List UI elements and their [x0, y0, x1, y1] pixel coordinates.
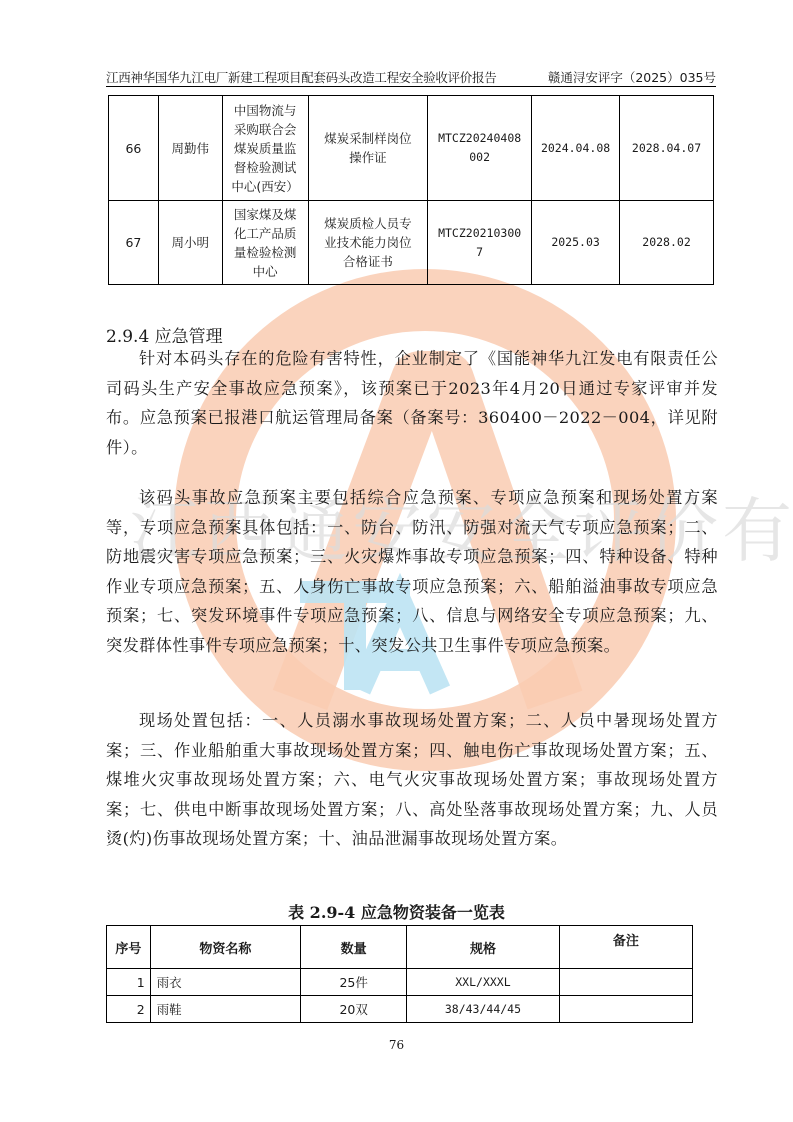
- issuer: 国家煤及煤 化工产品质 量检验检测 中心: [222, 201, 308, 285]
- document-page: 江西神华国华九江电厂新建工程项目配套码头改造工程安全验收评价报告 赣通浔安评字（…: [0, 0, 793, 1122]
- page-header: 江西神华国华九江电厂新建工程项目配套码头改造工程安全验收评价报告 赣通浔安评字（…: [106, 66, 716, 87]
- issue-date: 2024.04.08: [532, 96, 620, 201]
- item-name: 雨衣: [150, 969, 301, 996]
- table-caption: 表 2.9-4 应急物资装备一览表: [0, 900, 793, 923]
- header-no: 序号: [107, 926, 151, 969]
- header-qty: 数量: [301, 926, 407, 969]
- header-spec: 规格: [407, 926, 560, 969]
- item-spec: 38/43/44/45: [407, 996, 560, 1023]
- table-row: 66 周勤伟 中国物流与 采购联合会 煤炭质量监 督检验测试 中心(西安） 煤炭…: [109, 96, 714, 201]
- item-remark: [559, 969, 692, 996]
- certificate-table: 66 周勤伟 中国物流与 采购联合会 煤炭质量监 督检验测试 中心(西安） 煤炭…: [108, 95, 714, 285]
- table-row: 67 周小明 国家煤及煤 化工产品质 量检验检测 中心 煤炭质检人员专 业技术能…: [109, 201, 714, 285]
- paragraph-special-plans: 该码头事故应急预案主要包括综合应急预案、专项应急预案和现场处置方案等，专项应急预…: [106, 483, 718, 660]
- row-number: 67: [109, 201, 159, 285]
- item-remark: [559, 996, 692, 1023]
- page-number: 76: [0, 1038, 793, 1052]
- item-spec: XXL/XXXL: [407, 969, 560, 996]
- expiry-date: 2028.02: [620, 201, 714, 285]
- report-title: 江西神华国华九江电厂新建工程项目配套码头改造工程安全验收评价报告: [106, 68, 496, 86]
- row-number: 2: [107, 996, 151, 1023]
- table-header-row: 序号 物资名称 数量 规格 备注: [107, 926, 693, 969]
- certificate-number: MTCZ20210300 7: [428, 201, 532, 285]
- issuer: 中国物流与 采购联合会 煤炭质量监 督检验测试 中心(西安）: [222, 96, 308, 201]
- expiry-date: 2028.04.07: [620, 96, 714, 201]
- person-name: 周勤伟: [158, 96, 222, 201]
- table-row: 1 雨衣 25件 XXL/XXXL: [107, 969, 693, 996]
- person-name: 周小明: [158, 201, 222, 285]
- report-code: 赣通浔安评字（2025）035号: [548, 68, 716, 86]
- item-name: 雨鞋: [150, 996, 301, 1023]
- header-remark: 备注: [559, 926, 692, 969]
- row-number: 1: [107, 969, 151, 996]
- paragraph-onsite-plans: 现场处置包括：一、人员溺水事故现场处置方案；二、人员中暑现场处置方案；三、作业船…: [106, 706, 718, 854]
- paragraph-emergency-plan: 针对本码头存在的危险有害特性，企业制定了《国能神华九江发电有限责任公司码头生产安…: [106, 344, 718, 462]
- item-qty: 20双: [301, 996, 407, 1023]
- issue-date: 2025.03: [532, 201, 620, 285]
- header-name: 物资名称: [150, 926, 301, 969]
- item-qty: 25件: [301, 969, 407, 996]
- certificate-name: 煤炭采制样岗位 操作证: [308, 96, 428, 201]
- emergency-supplies-table: 序号 物资名称 数量 规格 备注 1 雨衣 25件 XXL/XXXL 2 雨鞋 …: [106, 925, 693, 1023]
- certificate-number: MTCZ20240408 002: [428, 96, 532, 201]
- certificate-name: 煤炭质检人员专 业技术能力岗位 合格证书: [308, 201, 428, 285]
- table-row: 2 雨鞋 20双 38/43/44/45: [107, 996, 693, 1023]
- row-number: 66: [109, 96, 159, 201]
